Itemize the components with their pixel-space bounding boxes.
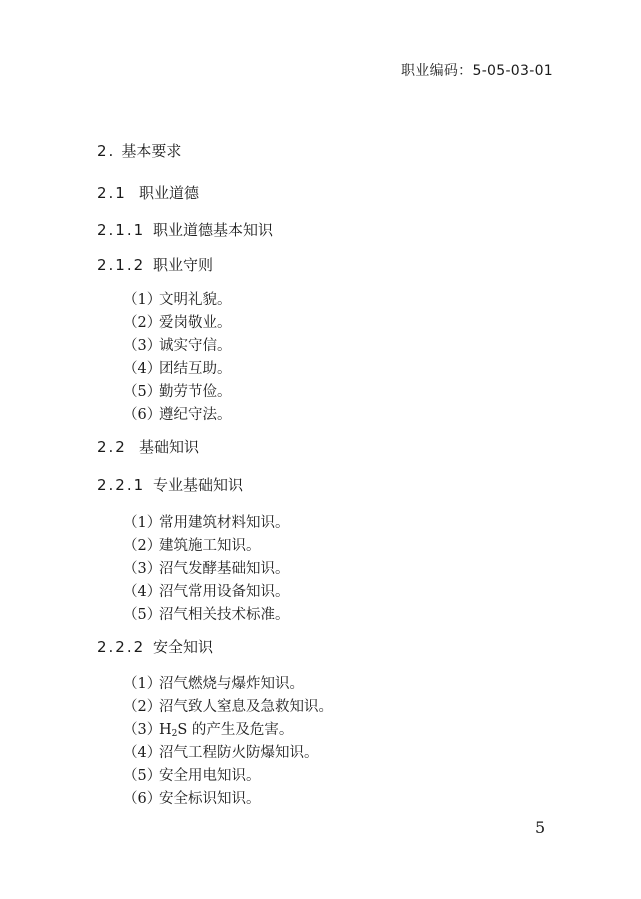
list-item: （4）沼气常用设备知识。 (123, 580, 290, 601)
item-index: （5） (123, 603, 159, 624)
heading-number: 2.2.1 (97, 476, 153, 494)
heading-title: 安全知识 (153, 638, 213, 656)
item-text: 建筑施工知识。 (159, 538, 261, 554)
heading-number: 2.2.2 (97, 638, 153, 656)
item-index: （4） (123, 357, 159, 378)
item-text: 沼气致人窒息及急救知识。 (159, 699, 333, 715)
heading-2-2-1: 2.2.1专业基础知识 (97, 474, 243, 495)
item-text: 遵纪守法。 (159, 407, 232, 423)
item-text: 沼气相关技术标准。 (159, 607, 290, 623)
list-item: （4）沼气工程防火防爆知识。 (123, 741, 319, 762)
heading-2-1-1: 2.1.1职业道德基本知识 (97, 219, 273, 240)
list-item: （5）勤劳节俭。 (123, 380, 232, 401)
item-index: （5） (123, 380, 159, 401)
item-index: （4） (123, 580, 159, 601)
list-item: （6）安全标识知识。 (123, 787, 261, 808)
item-text: 安全用电知识。 (159, 768, 261, 784)
chem-h: H (159, 722, 172, 738)
list-item: （1）常用建筑材料知识。 (123, 511, 290, 532)
heading-title: 基本要求 (121, 142, 181, 160)
heading-number: 2.1.2 (97, 256, 153, 274)
item-text: 诚实守信。 (159, 338, 232, 354)
item-text: H2S 的产生及危害。 (159, 722, 293, 738)
item-index: （2） (123, 695, 159, 716)
list-item: （5）沼气相关技术标准。 (123, 603, 290, 624)
list-item: （2）爱岗敬业。 (123, 311, 232, 332)
heading-2-1-2: 2.1.2职业守则 (97, 254, 213, 275)
item-index: （6） (123, 403, 159, 424)
heading-title: 职业道德 (139, 184, 199, 202)
item-text: 安全标识知识。 (159, 791, 261, 807)
item-index: （6） (123, 787, 159, 808)
heading-2-1: 2.1职业道德 (97, 182, 199, 203)
list-item: （3）沼气发酵基础知识。 (123, 557, 290, 578)
list-item: （2）建筑施工知识。 (123, 534, 261, 555)
occupation-code: 职业编码：5-05-03-01 (401, 60, 553, 80)
list-item: （3）H2S 的产生及危害。 (123, 718, 293, 739)
item-index: （2） (123, 534, 159, 555)
item-text: 团结互助。 (159, 361, 232, 377)
item-text: 沼气燃烧与爆炸知识。 (159, 676, 304, 692)
heading-number: 2.1.1 (97, 221, 153, 239)
item-text: 文明礼貌。 (159, 292, 232, 308)
list-item: （5）安全用电知识。 (123, 764, 261, 785)
item-text: 勤劳节俭。 (159, 384, 232, 400)
heading-title: 职业守则 (153, 256, 213, 274)
list-item: （6）遵纪守法。 (123, 403, 232, 424)
list-item: （4）团结互助。 (123, 357, 232, 378)
list-item: （3）诚实守信。 (123, 334, 232, 355)
heading-title: 基础知识 (139, 438, 199, 456)
item-text: 沼气发酵基础知识。 (159, 561, 290, 577)
item-index: （4） (123, 741, 159, 762)
item-text: 常用建筑材料知识。 (159, 515, 290, 531)
item-index: （3） (123, 718, 159, 739)
heading-2-2: 2.2基础知识 (97, 436, 199, 457)
heading-number: 2.2 (97, 438, 139, 456)
chem-rest: S 的产生及危害。 (177, 722, 293, 738)
item-text: 沼气常用设备知识。 (159, 584, 290, 600)
heading-title: 职业道德基本知识 (153, 221, 273, 239)
item-text: 爱岗敬业。 (159, 315, 232, 331)
item-index: （3） (123, 334, 159, 355)
item-index: （3） (123, 557, 159, 578)
heading-2: 2.基本要求 (97, 140, 181, 161)
item-index: （2） (123, 311, 159, 332)
heading-number: 2. (97, 142, 115, 160)
list-item: （1）文明礼貌。 (123, 288, 232, 309)
item-index: （1） (123, 672, 159, 693)
list-item: （1）沼气燃烧与爆炸知识。 (123, 672, 304, 693)
item-text: 沼气工程防火防爆知识。 (159, 745, 319, 761)
item-index: （1） (123, 288, 159, 309)
list-item: （2）沼气致人窒息及急救知识。 (123, 695, 333, 716)
item-index: （5） (123, 764, 159, 785)
page-number: 5 (535, 818, 545, 837)
item-index: （1） (123, 511, 159, 532)
heading-title: 专业基础知识 (153, 476, 243, 494)
heading-number: 2.1 (97, 184, 139, 202)
heading-2-2-2: 2.2.2安全知识 (97, 636, 213, 657)
